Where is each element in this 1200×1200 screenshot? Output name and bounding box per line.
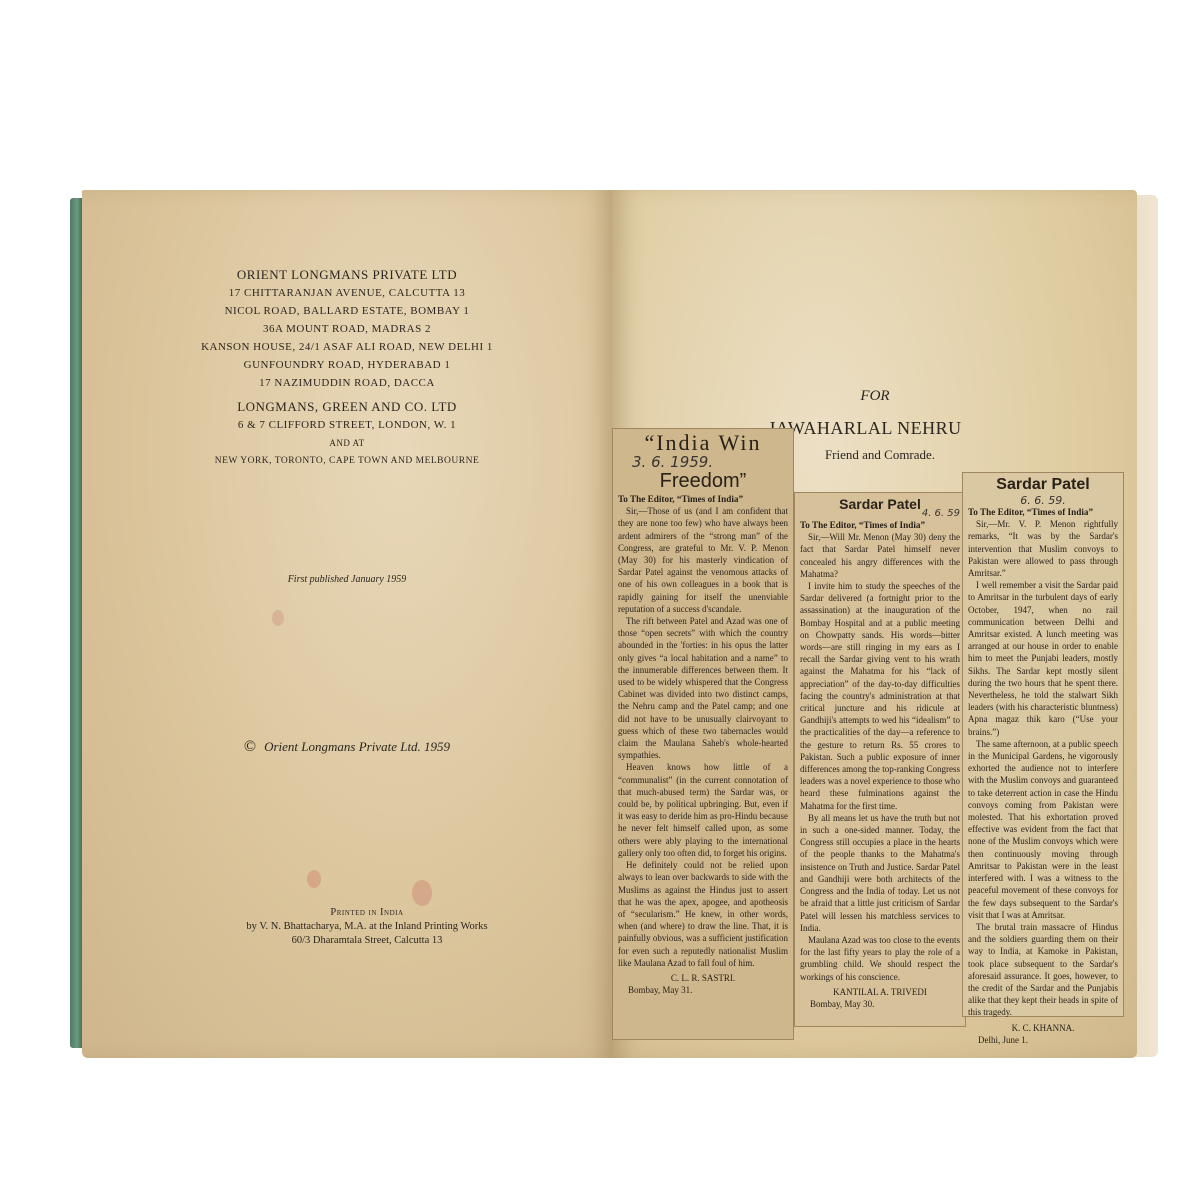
clipping-paragraph: I well remember a visit the Sardar paid … xyxy=(968,579,1118,738)
publisher-address: KANSON HOUSE, 24/1 ASAF ALI ROAD, NEW DE… xyxy=(82,338,612,356)
first-published: First published January 1959 xyxy=(82,574,612,585)
clipping-addressee: To The Editor, “Times of India” xyxy=(618,493,788,505)
open-book-photo: ORIENT LONGMANS PRIVATE LTD 17 CHITTARAN… xyxy=(0,0,1200,1200)
printed-in-india: Printed in India xyxy=(102,906,632,920)
clipping-headline: Freedom” xyxy=(618,469,788,493)
clipping-paragraph: The brutal train massacre of Hindus and … xyxy=(968,921,1118,1019)
clipping-headline: Sardar Patel xyxy=(968,475,1118,495)
clipping-paragraph: I invite him to study the speeches of th… xyxy=(800,580,960,812)
clipping-addressee: To The Editor, “Times of India” xyxy=(968,506,1118,518)
publisher-address: 17 NAZIMUDDIN ROAD, DACCA xyxy=(82,374,612,392)
copyright-holder: Orient Longmans Private Ltd. 1959 xyxy=(264,739,450,754)
clipping-addressee: To The Editor, “Times of India” xyxy=(800,519,960,531)
handwritten-date: 6. 6. 59. xyxy=(968,495,1118,506)
co-publisher-and-at: AND AT xyxy=(82,434,612,452)
publisher-name: ORIENT LONGMANS PRIVATE LTD xyxy=(82,266,612,284)
printer-imprint: Printed in India by V. N. Bhattacharya, … xyxy=(102,906,632,948)
copyright-line: ©Orient Longmans Private Ltd. 1959 xyxy=(82,738,612,756)
left-page: ORIENT LONGMANS PRIVATE LTD 17 CHITTARAN… xyxy=(82,190,612,1058)
handwritten-date: 3. 6. 1959. xyxy=(632,455,788,469)
newspaper-clipping-trivedi: Sardar Patel 4. 6. 59 To The Editor, “Ti… xyxy=(794,492,966,1027)
dedication-subtitle: Friend and Comrade. xyxy=(795,447,965,463)
publisher-address: NICOL ROAD, BALLARD ESTATE, BOMBAY 1 xyxy=(82,302,612,320)
clipping-paragraph: Sir,—Will Mr. Menon (May 30) deny the fa… xyxy=(800,531,960,580)
clipping-place-date: Delhi, June 1. xyxy=(978,1034,1118,1046)
publisher-address: 36A MOUNT ROAD, MADRAS 2 xyxy=(82,320,612,338)
clipping-paragraph: The same afternoon, at a public speech i… xyxy=(968,738,1118,921)
red-stain xyxy=(272,610,284,626)
publisher-imprint: ORIENT LONGMANS PRIVATE LTD 17 CHITTARAN… xyxy=(82,266,612,470)
publisher-address: 17 CHITTARANJAN AVENUE, CALCUTTA 13 xyxy=(82,284,612,302)
publisher-address: GUNFOUNDRY ROAD, HYDERABAD 1 xyxy=(82,356,612,374)
co-publisher-address: 6 & 7 CLIFFORD STREET, LONDON, W. 1 xyxy=(82,416,612,434)
clipping-paragraph: Heaven knows how little of a “communalis… xyxy=(618,761,788,859)
clipping-signature: K. C. KHANNA. xyxy=(968,1022,1118,1034)
clipping-headline: “India Win xyxy=(618,431,788,455)
red-stain xyxy=(307,870,321,888)
dedication-for: FOR xyxy=(760,388,990,405)
clipping-paragraph: By all means let us have the truth but n… xyxy=(800,812,960,934)
newspaper-clipping-khanna: Sardar Patel 6. 6. 59. To The Editor, “T… xyxy=(962,472,1124,1017)
clipping-paragraph: Sir,—Those of us (and I am confident tha… xyxy=(618,505,788,615)
clipping-paragraph: Sir,—Mr. V. P. Menon rightfully remarks,… xyxy=(968,518,1118,579)
co-publisher-name: LONGMANS, GREEN AND CO. LTD xyxy=(82,398,612,416)
clipping-signature: KANTILAL A. TRIVEDI xyxy=(800,986,960,998)
printer-name: by V. N. Bhattacharya, M.A. at the Inlan… xyxy=(102,920,632,934)
clipping-paragraph: He definitely could not be relied upon a… xyxy=(618,859,788,969)
co-publisher-cities: NEW YORK, TORONTO, CAPE TOWN AND MELBOUR… xyxy=(82,452,612,470)
printer-address: 60/3 Dharamtala Street, Calcutta 13 xyxy=(102,934,632,948)
copyright-symbol-icon: © xyxy=(244,738,256,755)
clipping-signature: C. L. R. SASTRI. xyxy=(618,972,788,984)
clipping-place-date: Bombay, May 31. xyxy=(628,984,788,996)
red-stain xyxy=(412,880,432,906)
newspaper-clipping-sastri: “India Win 3. 6. 1959. Freedom” To The E… xyxy=(612,428,794,1040)
clipping-paragraph: The rift between Patel and Azad was one … xyxy=(618,615,788,761)
clipping-paragraph: Maulana Azad was too close to the events… xyxy=(800,934,960,983)
clipping-place-date: Bombay, May 30. xyxy=(810,998,960,1010)
